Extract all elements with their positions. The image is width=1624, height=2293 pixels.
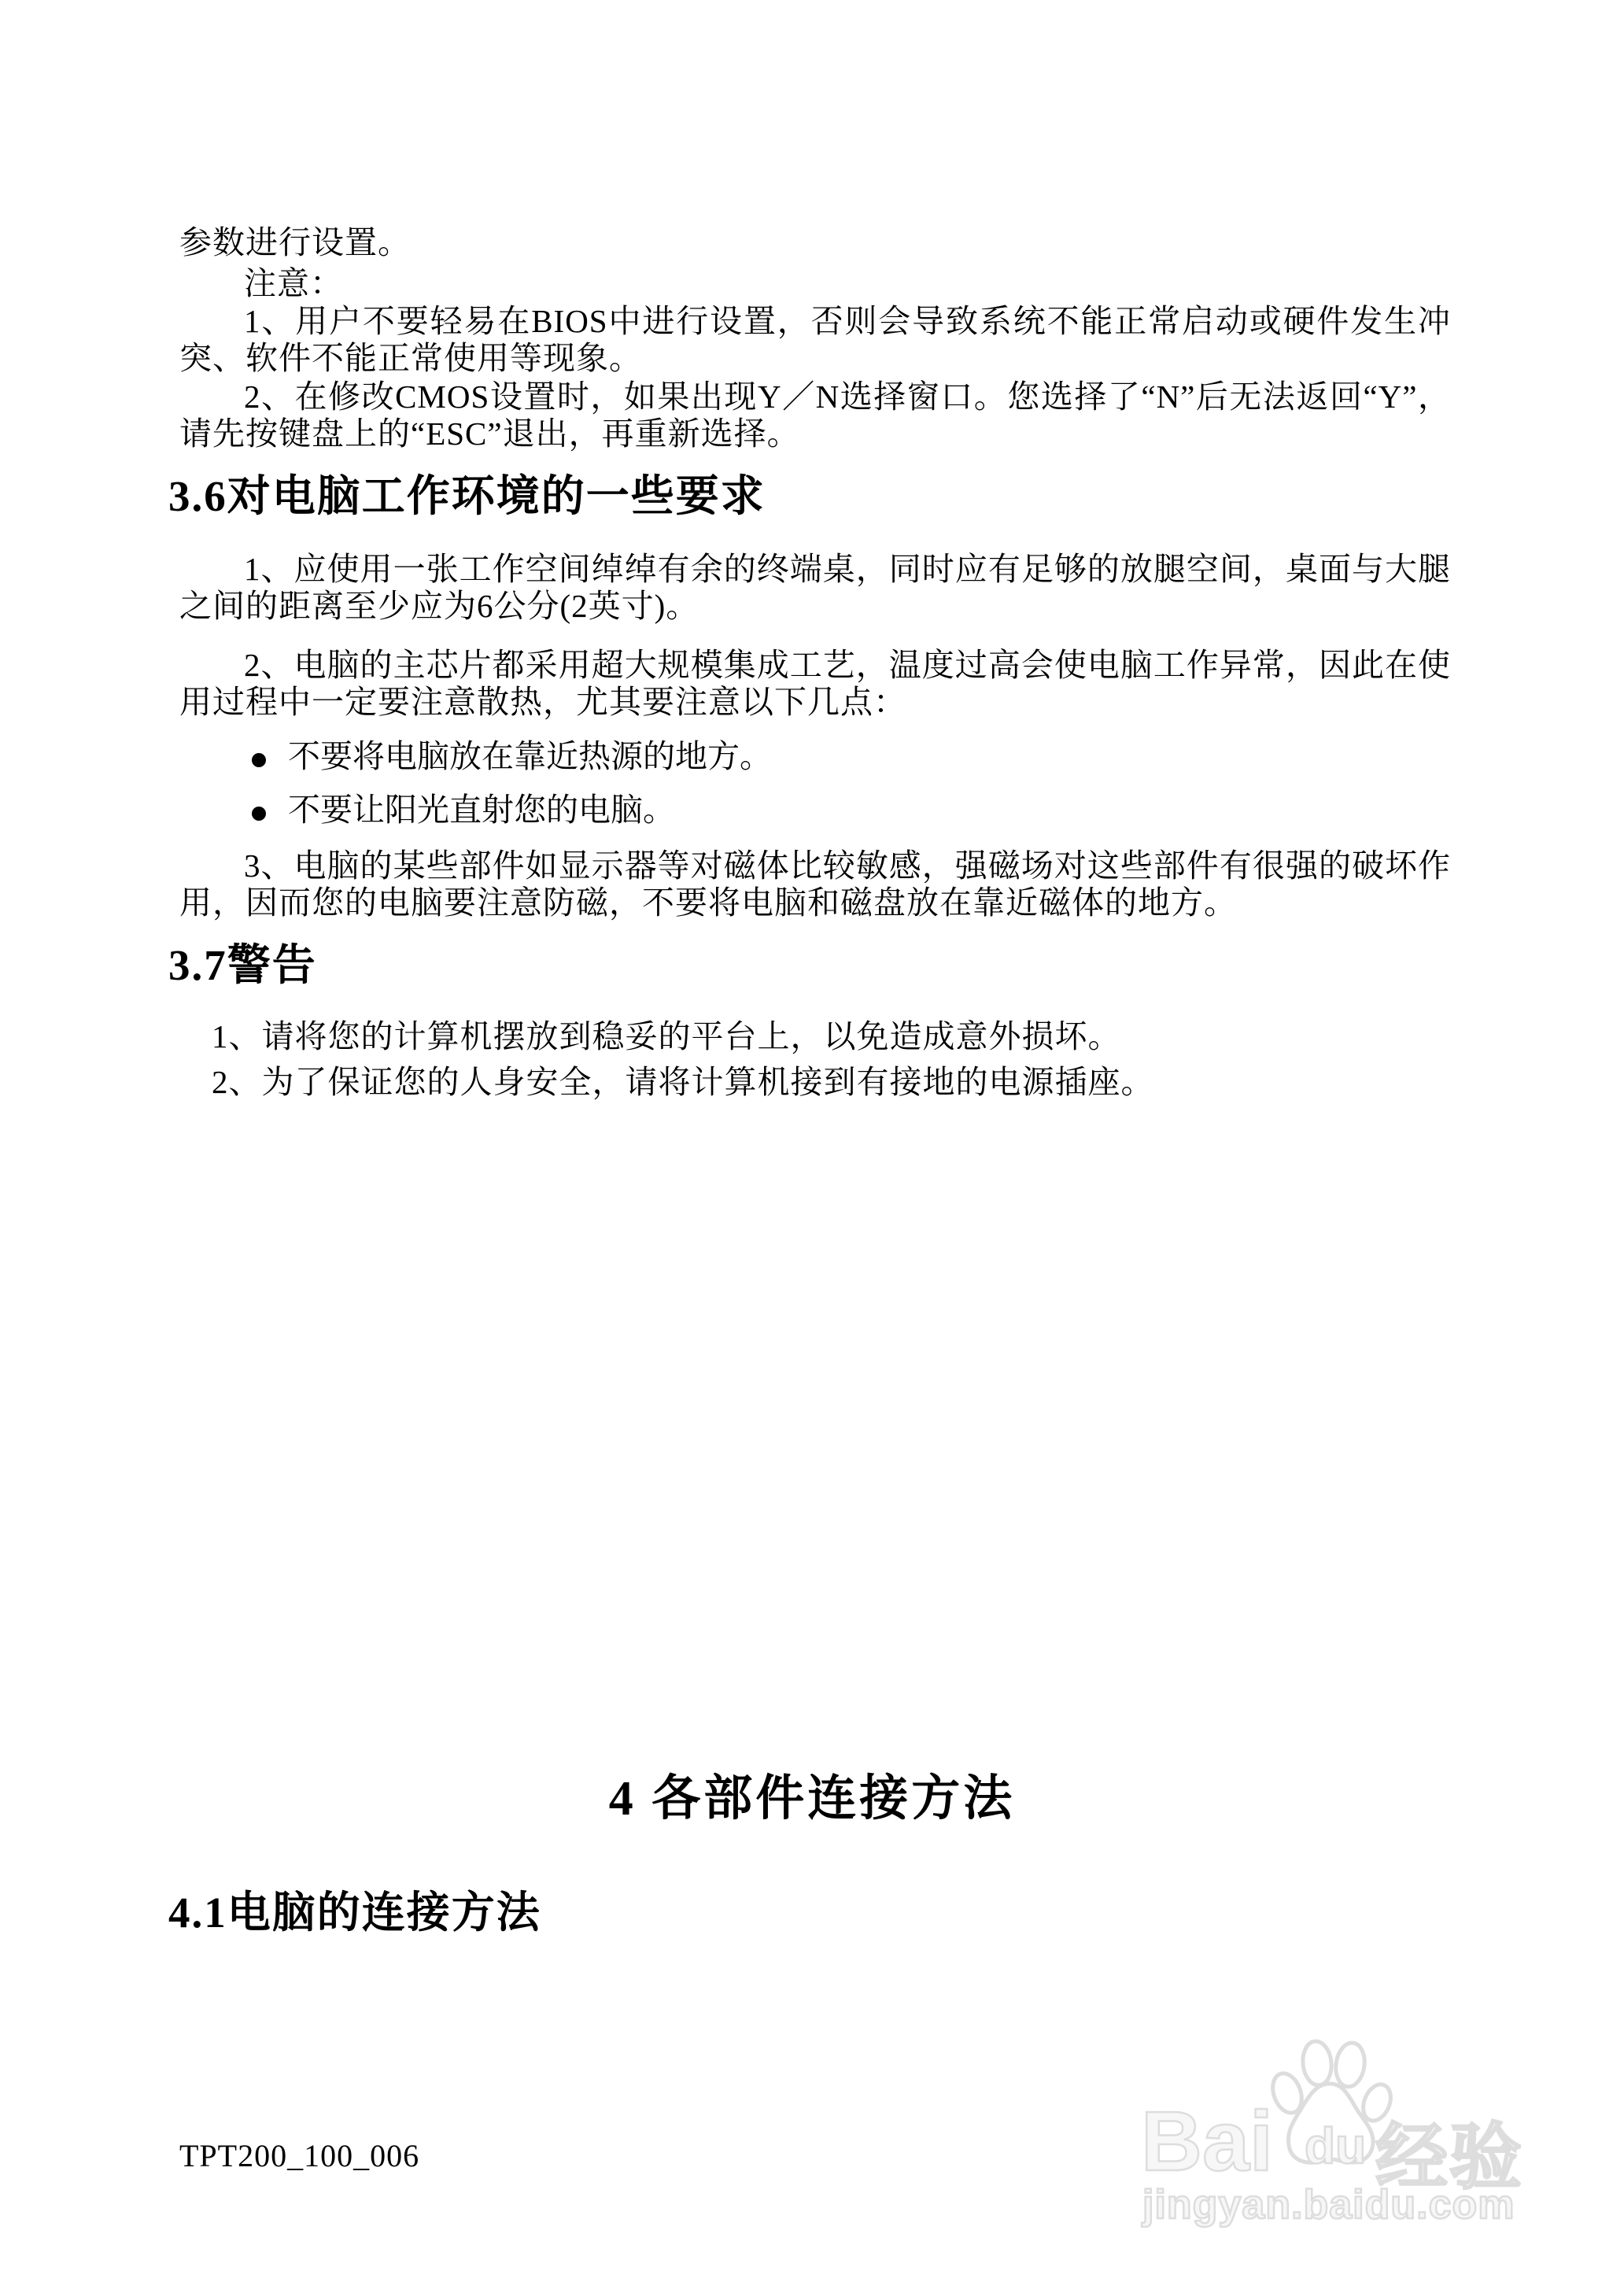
note-item-2: 2、在修改CMOS设置时，如果出现Y／N选择窗口。您选择了“N”后无法返回“Y”… [179, 378, 1451, 452]
bullet-item: 不要将电脑放在靠近热源的地方。 [179, 738, 1451, 775]
note-label: 注意： [179, 265, 1451, 302]
document-page: 参数进行设置。 注意： 1、用户不要轻易在BIOS中进行设置，否则会导致系统不能… [0, 0, 1624, 2293]
chapter-title: 4 各部件连接方法 [0, 1771, 1624, 1827]
bullet-item: 不要让阳光直射您的电脑。 [179, 792, 1451, 829]
watermark-du-text: du [1305, 2117, 1366, 2175]
paragraph-3-6-1: 1、应使用一张工作空间绰绰有余的终端桌，同时应有足够的放腿空间，桌面与大腿之间的… [179, 551, 1451, 625]
paragraph-continuation: 参数进行设置。 [179, 224, 1451, 261]
baidu-jingyan-watermark: Bai du 经验 jingyan.baidu.com [1141, 2038, 1511, 2235]
footer-document-code: TPT200_100_006 [179, 2137, 419, 2174]
baidu-paw-icon [1257, 2038, 1399, 2172]
watermark-bai-text: Bai [1141, 2092, 1273, 2190]
watermark-logo: Bai du 经验 [1141, 2038, 1511, 2172]
section-heading-3-6: 3.6对电脑工作环境的一些要求 [168, 472, 1506, 521]
paragraph-3-6-2: 2、电脑的主芯片都采用超大规模集成工艺，温度过高会使电脑工作异常，因此在使用过程… [179, 647, 1451, 721]
bullet-icon [252, 807, 266, 821]
note-item-1: 1、用户不要轻易在BIOS中进行设置，否则会导致系统不能正常启动或硬件发生冲突、… [179, 303, 1451, 377]
watermark-url: jingyan.baidu.com [1142, 2181, 1515, 2228]
bullet-icon [252, 753, 266, 767]
bullet-text: 不要将电脑放在靠近热源的地方。 [288, 738, 772, 774]
watermark-jingyan-text: 经验 [1375, 2099, 1523, 2203]
section-heading-4-1: 4.1电脑的连接方法 [168, 1889, 1506, 1937]
warning-item-1: 1、请将您的计算机摆放到稳妥的平台上，以免造成意外损坏。 [179, 1017, 1451, 1056]
warning-item-2: 2、为了保证您的人身安全，请将计算机接到有接地的电源插座。 [179, 1062, 1451, 1102]
section-heading-3-7: 3.7警告 [168, 941, 1506, 990]
bullet-text: 不要让阳光直射您的电脑。 [288, 792, 675, 828]
paragraph-3-6-3: 3、电脑的某些部件如显示器等对磁体比较敏感，强磁场对这些部件有很强的破坏作用，因… [179, 847, 1451, 921]
